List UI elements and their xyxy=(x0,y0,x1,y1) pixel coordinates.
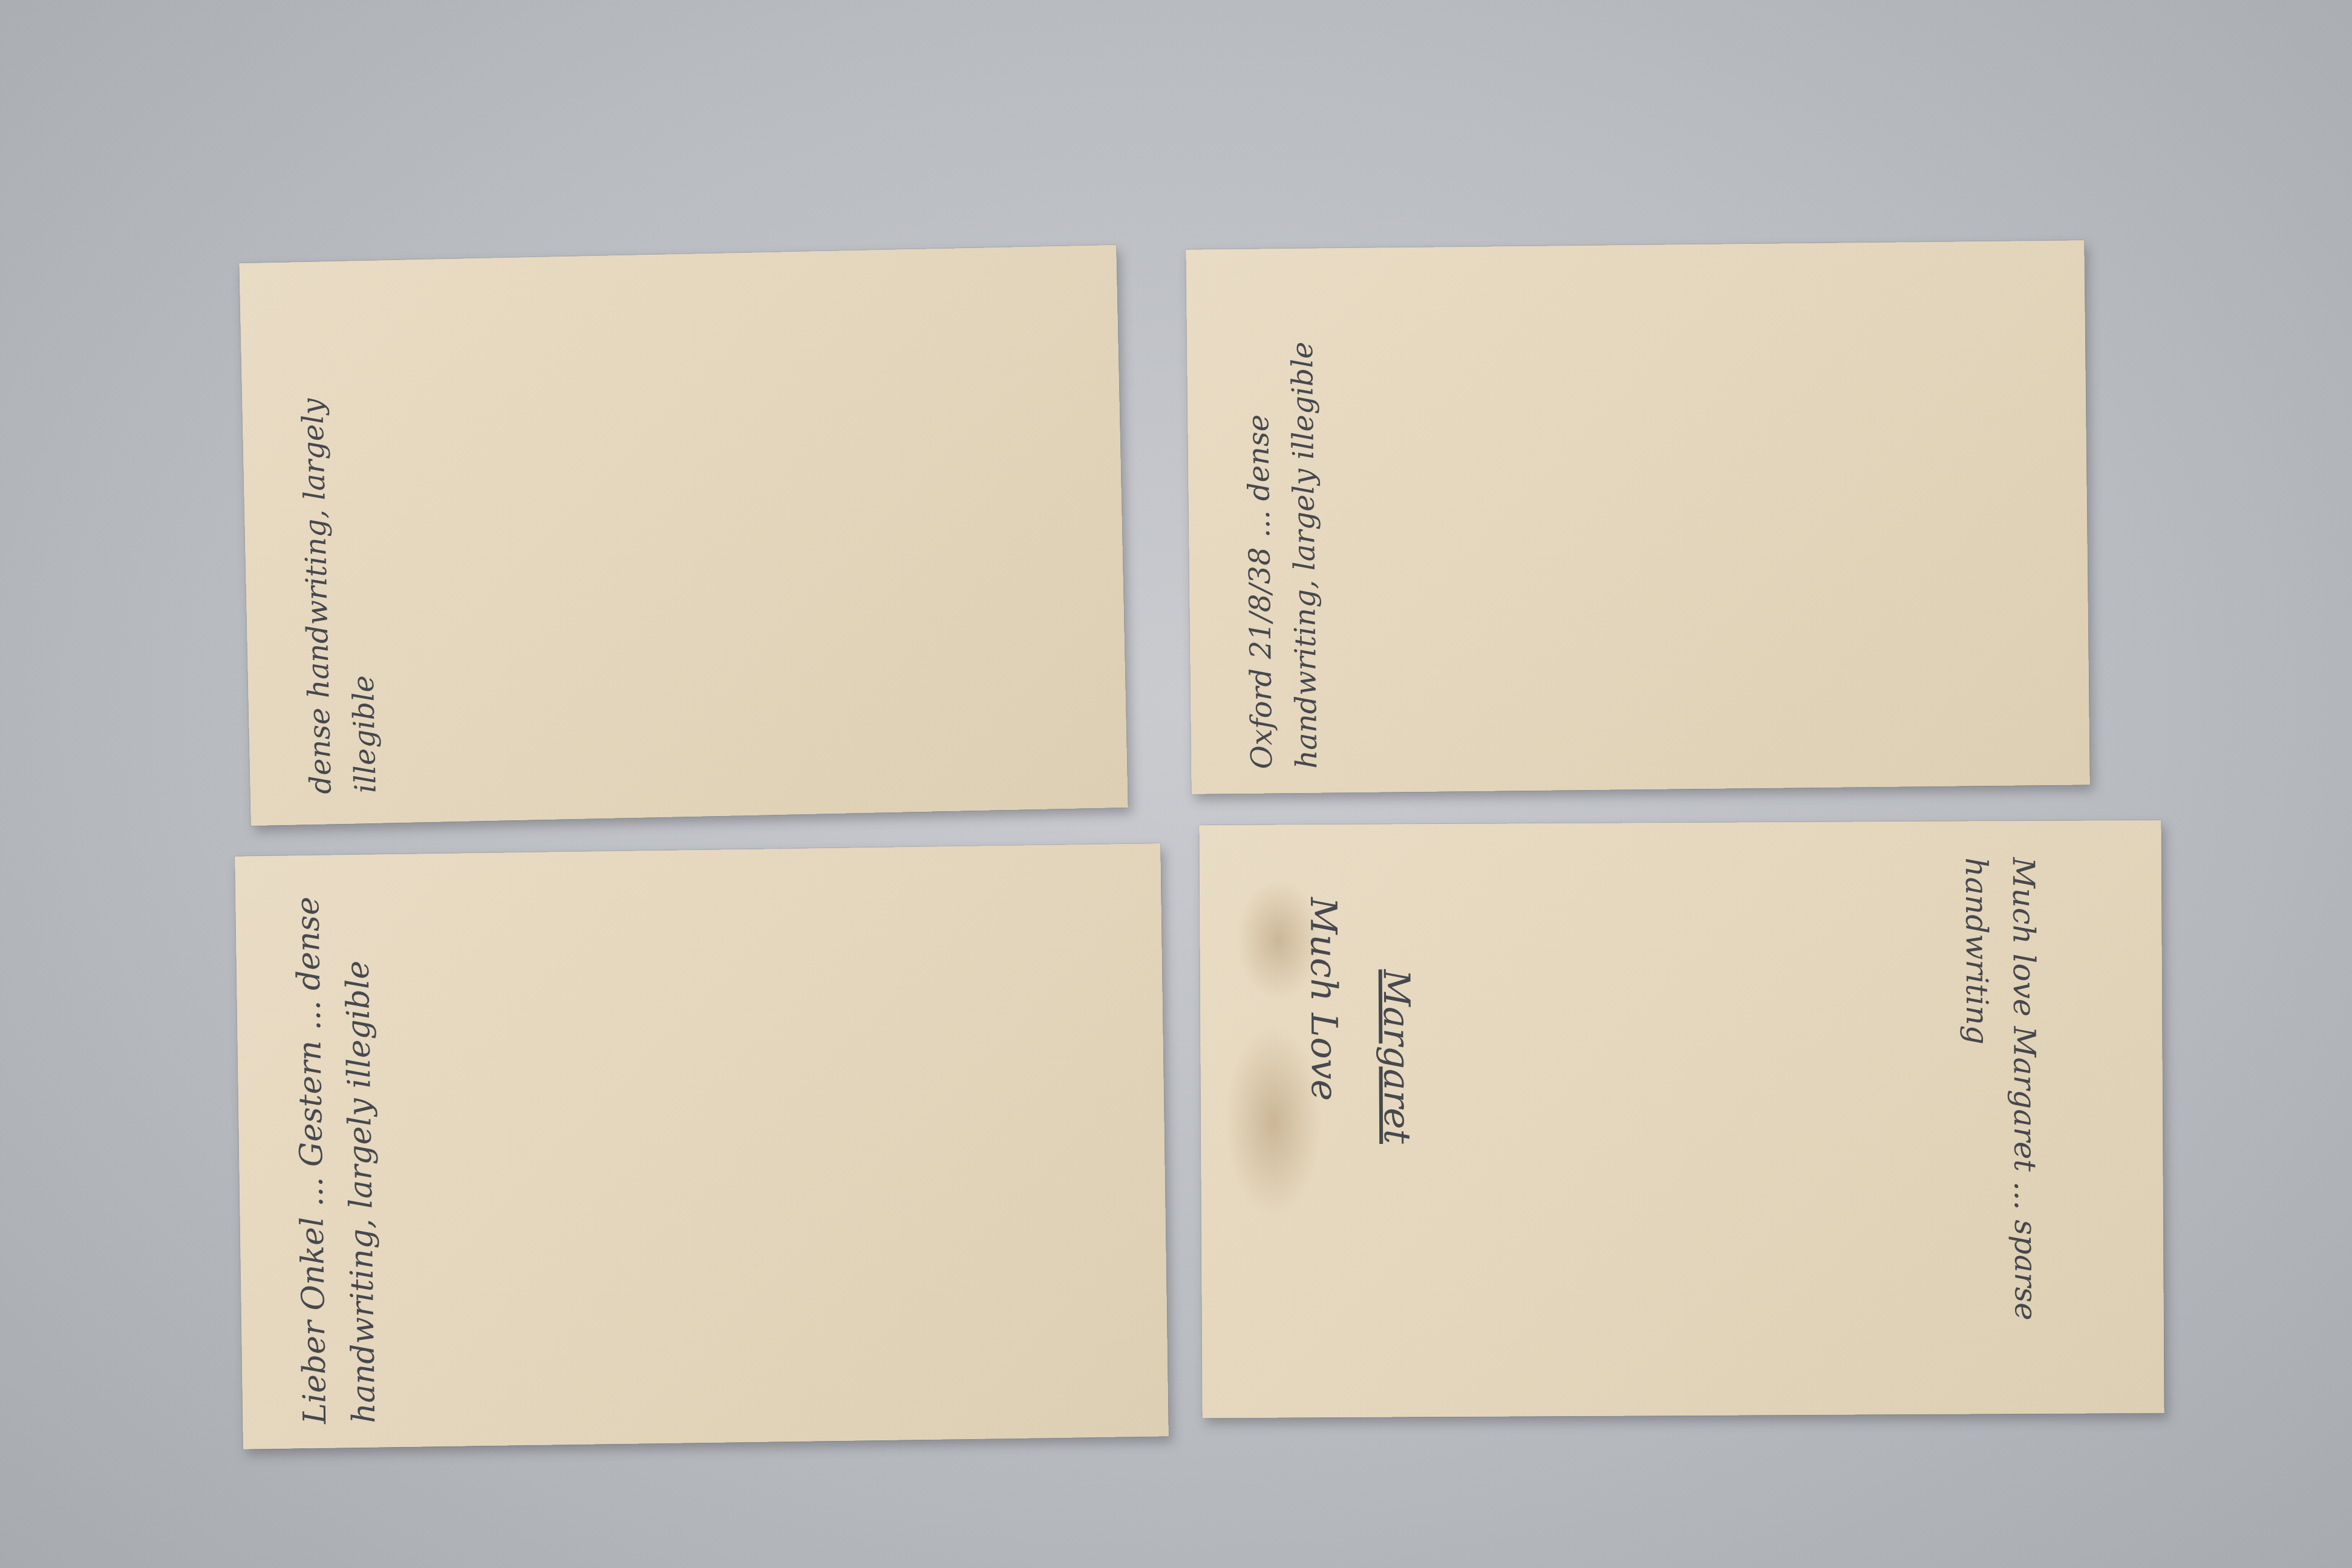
postcard-bottom-right: Much Love Margaret Much love Margaret ..… xyxy=(1199,820,2164,1418)
postcard-top-right: Oxford 21/8/38 ... dense handwriting, la… xyxy=(1186,240,2089,794)
postcard-bottom-left: Lieber Onkel ... Gestern ... dense handw… xyxy=(235,843,1169,1449)
handwriting: dense handwriting, largely illegible xyxy=(289,296,389,794)
handwriting: Oxford 21/8/38 ... dense handwriting, la… xyxy=(1235,284,1330,769)
closing-text: Much Love xyxy=(1295,897,1352,1101)
handwriting: Lieber Onkel ... Gestern ... dense handw… xyxy=(284,890,388,1424)
postcard-top-left: dense handwriting, largely illegible xyxy=(239,245,1128,826)
handwriting: Much love Margaret ... sparse handwritin… xyxy=(1953,857,2049,1354)
signature: Margaret xyxy=(1368,969,1425,1144)
